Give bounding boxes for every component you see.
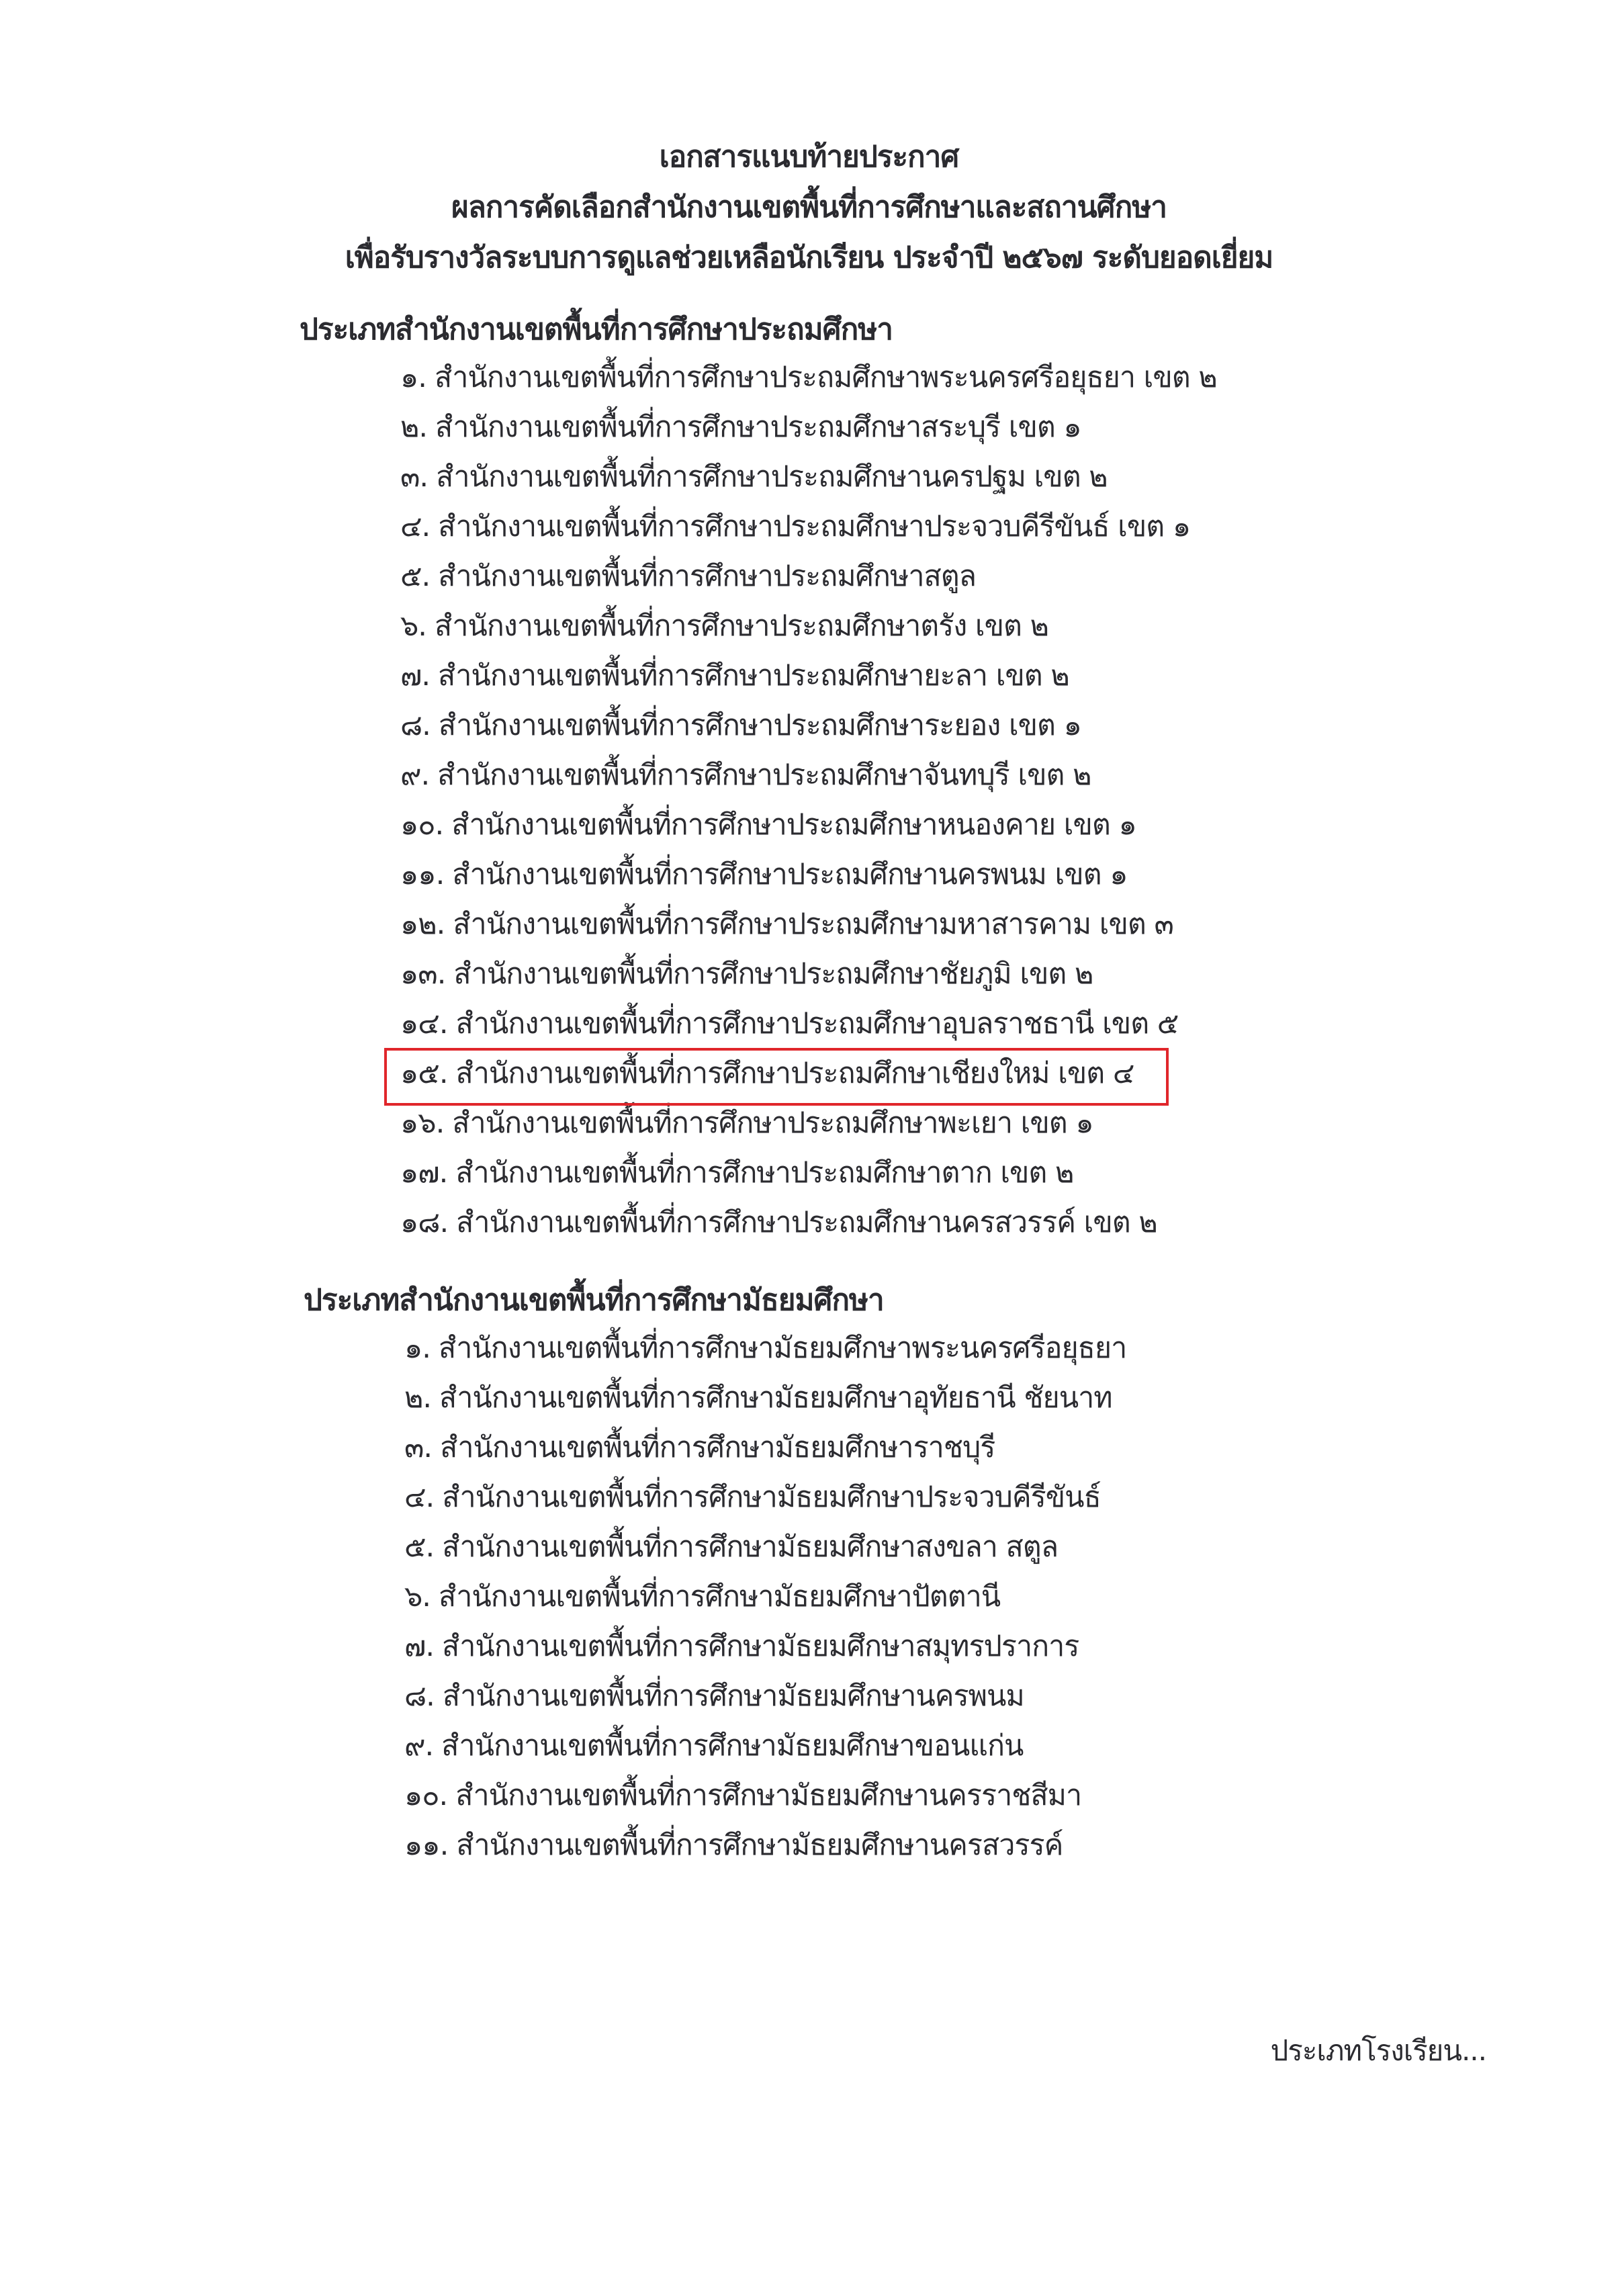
list-item: ๑๑.สำนักงานเขตพื้นที่การศึกษาประถมศึกษาน… <box>400 850 1217 899</box>
list-item: ๑๑.สำนักงานเขตพื้นที่การศึกษามัธยมศึกษาน… <box>404 1820 1126 1870</box>
list-item-text: สำนักงานเขตพื้นที่การศึกษามัธยมศึกษานครส… <box>456 1828 1063 1862</box>
list-item-number: ๑๔. <box>400 999 448 1049</box>
list-item: ๑๔.สำนักงานเขตพื้นที่การศึกษาประถมศึกษาอ… <box>400 999 1217 1049</box>
list-item-number: ๖. <box>400 601 426 651</box>
list-item-number: ๔. <box>404 1472 434 1522</box>
list-item-number: ๑๑. <box>404 1820 448 1870</box>
list-item-text: สำนักงานเขตพื้นที่การศึกษามัธยมศึกษานครร… <box>455 1779 1081 1812</box>
list-item-number: ๑๐. <box>400 800 443 850</box>
list-item-number: ๑๘. <box>400 1198 448 1247</box>
list-item-text: สำนักงานเขตพื้นที่การศึกษาประถมศึกษานครส… <box>456 1206 1157 1239</box>
list-item: ๒.สำนักงานเขตพื้นที่การศึกษามัธยมศึกษาอุ… <box>404 1373 1126 1423</box>
list-item-text: สำนักงานเขตพื้นที่การศึกษามัธยมศึกษาขอนแ… <box>441 1729 1023 1763</box>
list-item-number: ๔. <box>400 502 430 551</box>
list-item-text: สำนักงานเขตพื้นที่การศึกษามัธยมศึกษาราชบ… <box>440 1431 995 1464</box>
list-item: ๒.สำนักงานเขตพื้นที่การศึกษาประถมศึกษาสร… <box>400 402 1217 452</box>
list-item-text: สำนักงานเขตพื้นที่การศึกษาประถมศึกษาตรัง… <box>435 609 1048 643</box>
list-item-number: ๒. <box>404 1373 431 1423</box>
list-item-text: สำนักงานเขตพื้นที่การศึกษาประถมศึกษาชัยภ… <box>453 957 1093 991</box>
list-item-text: สำนักงานเขตพื้นที่การศึกษาประถมศึกษาสระบ… <box>435 410 1081 444</box>
list-item: ๘.สำนักงานเขตพื้นที่การศึกษาประถมศึกษาระ… <box>400 701 1217 750</box>
header-subtitle: ผลการคัดเลือกสำนักงานเขตพื้นที่การศึกษาแ… <box>0 182 1618 232</box>
list-item-text: สำนักงานเขตพื้นที่การศึกษาประถมศึกษาตาก … <box>455 1156 1073 1190</box>
list-item: ๙.สำนักงานเขตพื้นที่การศึกษามัธยมศึกษาขอ… <box>404 1721 1126 1771</box>
list-item-text: สำนักงานเขตพื้นที่การศึกษาประถมศึกษาสตูล <box>438 560 976 593</box>
list-item-number: ๑๖. <box>400 1098 444 1148</box>
list-item: ๕.สำนักงานเขตพื้นที่การศึกษาประถมศึกษาสต… <box>400 551 1217 601</box>
list-item-number: ๘. <box>400 701 431 750</box>
list-item-number: ๓. <box>400 452 428 502</box>
list-item-number: ๗. <box>404 1622 434 1671</box>
header-award-line: เพื่อรับรางวัลระบบการดูแลช่วยเหลือนักเรี… <box>0 232 1618 283</box>
list-item-text: สำนักงานเขตพื้นที่การศึกษามัธยมศึกษาสมุท… <box>442 1630 1079 1663</box>
list-item-text: สำนักงานเขตพื้นที่การศึกษามัธยมศึกษาอุทั… <box>439 1381 1112 1415</box>
list-item-number: ๑๑. <box>400 850 444 899</box>
list-item-text: สำนักงานเขตพื้นที่การศึกษาประถมศึกษาพระน… <box>435 361 1217 394</box>
header-title: เอกสารแนบท้ายประกาศ <box>0 132 1618 182</box>
list-item-number: ๑๒. <box>400 899 445 949</box>
list-item: ๘.สำนักงานเขตพื้นที่การศึกษามัธยมศึกษานค… <box>404 1671 1126 1721</box>
list-item: ๑๗.สำนักงานเขตพื้นที่การศึกษาประถมศึกษาต… <box>400 1148 1217 1198</box>
list-item-number: ๑๗. <box>400 1148 447 1198</box>
list-item-text: สำนักงานเขตพื้นที่การศึกษาประถมศึกษาระยอ… <box>439 709 1081 742</box>
list-item: ๑๘.สำนักงานเขตพื้นที่การศึกษาประถมศึกษาน… <box>400 1198 1217 1247</box>
list-item-number: ๑. <box>404 1323 431 1373</box>
list-item: ๖.สำนักงานเขตพื้นที่การศึกษามัธยมศึกษาปั… <box>404 1572 1126 1622</box>
list-item-text: สำนักงานเขตพื้นที่การศึกษาประถมศึกษาอุบล… <box>456 1007 1179 1041</box>
list-item: ๕.สำนักงานเขตพื้นที่การศึกษามัธยมศึกษาสง… <box>404 1522 1126 1572</box>
section-heading-secondary: ประเภทสำนักงานเขตพื้นที่การศึกษามัธยมศึก… <box>304 1276 884 1323</box>
list-item-text: สำนักงานเขตพื้นที่การศึกษาประถมศึกษานครป… <box>436 460 1108 494</box>
list-item-number: ๑. <box>400 353 426 402</box>
section-heading-primary: ประเภทสำนักงานเขตพื้นที่การศึกษาประถมศึก… <box>300 306 893 353</box>
secondary-office-list: ๑.สำนักงานเขตพื้นที่การศึกษามัธยมศึกษาพร… <box>404 1323 1126 1870</box>
list-item: ๑.สำนักงานเขตพื้นที่การศึกษามัธยมศึกษาพร… <box>404 1323 1126 1373</box>
list-item-number: ๓. <box>404 1423 432 1472</box>
list-item-text: สำนักงานเขตพื้นที่การศึกษาประถมศึกษาจันท… <box>437 758 1091 792</box>
list-item: ๑๖.สำนักงานเขตพื้นที่การศึกษาประถมศึกษาพ… <box>400 1098 1217 1148</box>
list-item-number: ๒. <box>400 402 427 452</box>
list-item-number: ๑๐. <box>404 1771 447 1820</box>
list-item-number: ๙. <box>400 750 429 800</box>
list-item: ๗.สำนักงานเขตพื้นที่การศึกษาประถมศึกษายะ… <box>400 651 1217 701</box>
list-item-text: สำนักงานเขตพื้นที่การศึกษาประถมศึกษามหาส… <box>453 908 1173 941</box>
primary-office-list: ๑.สำนักงานเขตพื้นที่การศึกษาประถมศึกษาพร… <box>400 353 1217 1247</box>
list-item: ๓.สำนักงานเขตพื้นที่การศึกษามัธยมศึกษารา… <box>404 1423 1126 1472</box>
list-item-number: ๑๓. <box>400 949 445 999</box>
list-item: ๑.สำนักงานเขตพื้นที่การศึกษาประถมศึกษาพร… <box>400 353 1217 402</box>
list-item: ๗.สำนักงานเขตพื้นที่การศึกษามัธยมศึกษาสม… <box>404 1622 1126 1671</box>
list-item: ๑๐.สำนักงานเขตพื้นที่การศึกษามัธยมศึกษาน… <box>404 1771 1126 1820</box>
list-item: ๔.สำนักงานเขตพื้นที่การศึกษามัธยมศึกษาปร… <box>404 1472 1126 1522</box>
list-item-text: สำนักงานเขตพื้นที่การศึกษาประถมศึกษานครพ… <box>452 858 1127 891</box>
document-header: เอกสารแนบท้ายประกาศ ผลการคัดเลือกสำนักงา… <box>0 132 1618 283</box>
list-item: ๑๐.สำนักงานเขตพื้นที่การศึกษาประถมศึกษาห… <box>400 800 1217 850</box>
list-item-text: สำนักงานเขตพื้นที่การศึกษามัธยมศึกษาประจ… <box>442 1481 1101 1514</box>
continuation-note: ประเภทโรงเรียน... <box>1271 2029 1486 2073</box>
list-item: ๖.สำนักงานเขตพื้นที่การศึกษาประถมศึกษาตร… <box>400 601 1217 651</box>
list-item-text: สำนักงานเขตพื้นที่การศึกษามัธยมศึกษาสงขล… <box>442 1530 1058 1564</box>
list-item-number: ๕. <box>400 551 430 601</box>
highlight-annotation-box <box>384 1048 1169 1106</box>
list-item-text: สำนักงานเขตพื้นที่การศึกษาประถมศึกษาประจ… <box>438 510 1190 543</box>
list-item-text: สำนักงานเขตพื้นที่การศึกษามัธยมศึกษานครพ… <box>443 1679 1024 1713</box>
list-item-number: ๕. <box>404 1522 434 1572</box>
list-item-number: ๙. <box>404 1721 433 1771</box>
list-item-number: ๗. <box>400 651 430 701</box>
list-item: ๔.สำนักงานเขตพื้นที่การศึกษาประถมศึกษาปร… <box>400 502 1217 551</box>
list-item: ๓.สำนักงานเขตพื้นที่การศึกษาประถมศึกษานค… <box>400 452 1217 502</box>
list-item-text: สำนักงานเขตพื้นที่การศึกษามัธยมศึกษาปัตต… <box>439 1580 1000 1614</box>
list-item-text: สำนักงานเขตพื้นที่การศึกษาประถมศึกษายะลา… <box>438 659 1069 693</box>
list-item: ๑๒.สำนักงานเขตพื้นที่การศึกษาประถมศึกษาม… <box>400 899 1217 949</box>
list-item: ๑๓.สำนักงานเขตพื้นที่การศึกษาประถมศึกษาช… <box>400 949 1217 999</box>
list-item-number: ๘. <box>404 1671 435 1721</box>
list-item: ๙.สำนักงานเขตพื้นที่การศึกษาประถมศึกษาจั… <box>400 750 1217 800</box>
list-item-text: สำนักงานเขตพื้นที่การศึกษาประถมศึกษาพะเย… <box>452 1106 1093 1140</box>
list-item-text: สำนักงานเขตพื้นที่การศึกษามัธยมศึกษาพระน… <box>439 1331 1126 1365</box>
list-item-number: ๖. <box>404 1572 431 1622</box>
list-item-text: สำนักงานเขตพื้นที่การศึกษาประถมศึกษาหนอง… <box>451 808 1136 842</box>
